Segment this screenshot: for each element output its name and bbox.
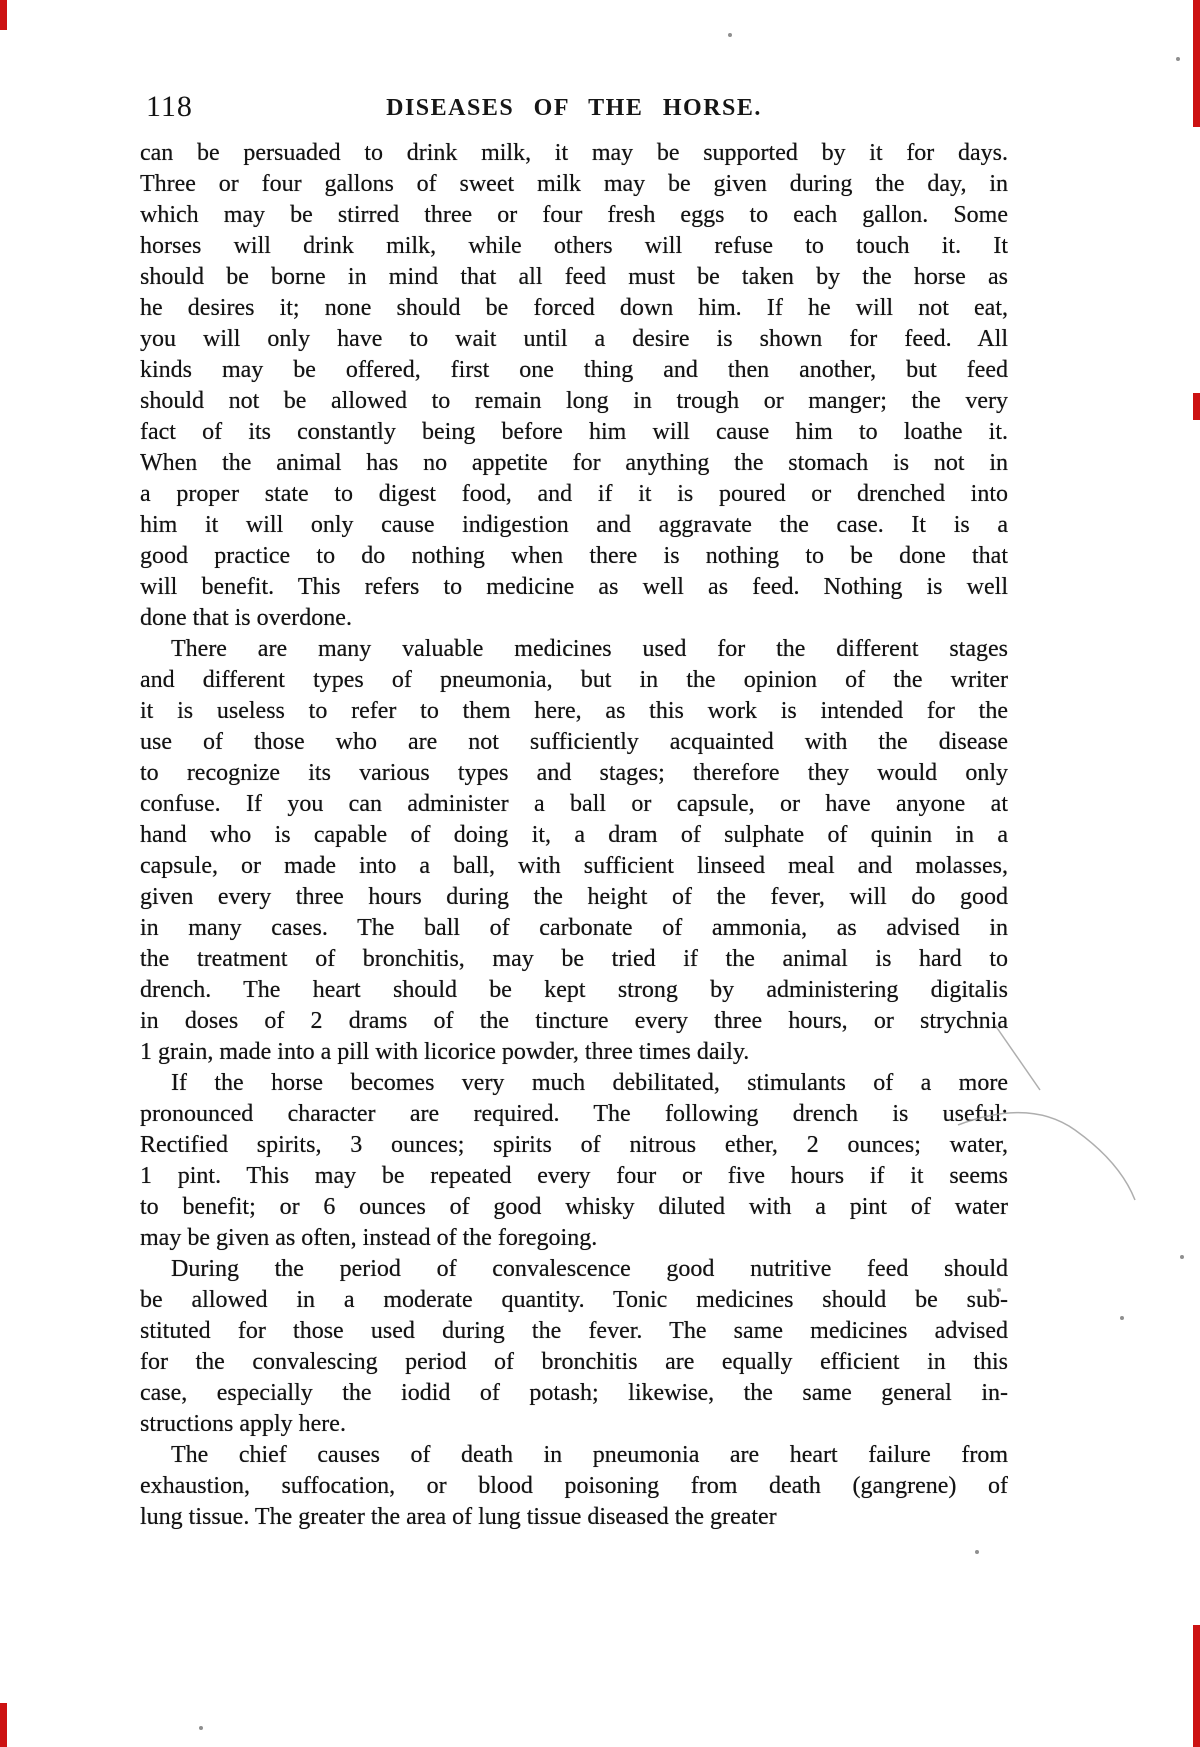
text-line: capsule, or made into a ball, with suffi… [140, 851, 1008, 882]
page-text: can be persuaded to drink milk, it may b… [140, 138, 1008, 1533]
scan-edge-mark [0, 1703, 7, 1747]
text-line: Three or four gallons of sweet milk may … [140, 169, 1008, 200]
text-line: structions apply here. [140, 1409, 1008, 1440]
text-line: hand who is capable of doing it, a dram … [140, 820, 1008, 851]
scan-edge-mark [1193, 0, 1200, 127]
ink-speck [1176, 57, 1180, 61]
text-line: it is useless to refer to them here, as … [140, 696, 1008, 727]
paragraph: If the horse becomes very much debilitat… [140, 1068, 1008, 1254]
text-line: When the animal has no appetite for anyt… [140, 448, 1008, 479]
text-line: case, especially the iodid of potash; li… [140, 1378, 1008, 1409]
text-line: for the convalescing period of bronchiti… [140, 1347, 1008, 1378]
text-line: in many cases. The ball of carbonate of … [140, 913, 1008, 944]
text-line: good practice to do nothing when there i… [140, 541, 1008, 572]
text-line: The chief causes of death in pneumonia a… [140, 1440, 1008, 1471]
paragraph: can be persuaded to drink milk, it may b… [140, 138, 1008, 634]
text-line: During the period of convalescence good … [140, 1254, 1008, 1285]
ink-speck [975, 1550, 979, 1554]
text-line: him it will only cause indigestion and a… [140, 510, 1008, 541]
paragraph: There are many valuable medicines used f… [140, 634, 1008, 1068]
text-line: exhaustion, suffocation, or blood poison… [140, 1471, 1008, 1502]
ink-speck [1180, 1255, 1184, 1259]
text-line: he desires it; none should be forced dow… [140, 293, 1008, 324]
ink-speck [1120, 1316, 1124, 1320]
text-line: the treatment of bronchitis, may be trie… [140, 944, 1008, 975]
paragraph: The chief causes of death in pneumonia a… [140, 1440, 1008, 1533]
text-line: drench. The heart should be kept strong … [140, 975, 1008, 1006]
text-line: can be persuaded to drink milk, it may b… [140, 138, 1008, 169]
text-line: If the horse becomes very much debilitat… [140, 1068, 1008, 1099]
text-line: lung tissue. The greater the area of lun… [140, 1502, 1008, 1533]
text-line: 1 pint. This may be repeated every four … [140, 1161, 1008, 1192]
text-line: fact of its constantly being before him … [140, 417, 1008, 448]
ink-speck [728, 33, 732, 37]
scanned-book-page: 118 DISEASES OF THE HORSE. can be persua… [0, 0, 1200, 1747]
text-line: should not be allowed to remain long in … [140, 386, 1008, 417]
text-line: There are many valuable medicines used f… [140, 634, 1008, 665]
text-line: and different types of pneumonia, but in… [140, 665, 1008, 696]
scan-edge-mark [1193, 1625, 1200, 1747]
text-line: kinds may be offered, first one thing an… [140, 355, 1008, 386]
text-line: in doses of 2 drams of the tincture ever… [140, 1006, 1008, 1037]
running-header-title: DISEASES OF THE HORSE. [140, 95, 1008, 122]
text-line: to benefit; or 6 ounces of good whisky d… [140, 1192, 1008, 1223]
text-line: pronounced character are required. The f… [140, 1099, 1008, 1130]
text-line: you will only have to wait until a desir… [140, 324, 1008, 355]
text-line: given every three hours during the heigh… [140, 882, 1008, 913]
text-line: done that is overdone. [140, 603, 1008, 634]
text-line: use of those who are not sufficiently ac… [140, 727, 1008, 758]
text-line: to recognize its various types and stage… [140, 758, 1008, 789]
ink-speck [199, 1726, 203, 1730]
text-line: will benefit. This refers to medicine as… [140, 572, 1008, 603]
text-line: a proper state to digest food, and if it… [140, 479, 1008, 510]
text-line: may be given as often, instead of the fo… [140, 1223, 1008, 1254]
text-line: be allowed in a moderate quantity. Tonic… [140, 1285, 1008, 1316]
text-line: Rectified spirits, 3 ounces; spirits of … [140, 1130, 1008, 1161]
paragraph: During the period of convalescence good … [140, 1254, 1008, 1440]
scan-edge-mark [0, 0, 7, 30]
text-line: confuse. If you can administer a ball or… [140, 789, 1008, 820]
text-line: horses will drink milk, while others wil… [140, 231, 1008, 262]
scan-edge-mark [1193, 393, 1200, 420]
ink-speck [997, 1288, 1001, 1292]
text-line: which may be stirred three or four fresh… [140, 200, 1008, 231]
text-line: stituted for those used during the fever… [140, 1316, 1008, 1347]
text-line: 1 grain, made into a pill with licorice … [140, 1037, 1008, 1068]
text-line: should be borne in mind that all feed mu… [140, 262, 1008, 293]
